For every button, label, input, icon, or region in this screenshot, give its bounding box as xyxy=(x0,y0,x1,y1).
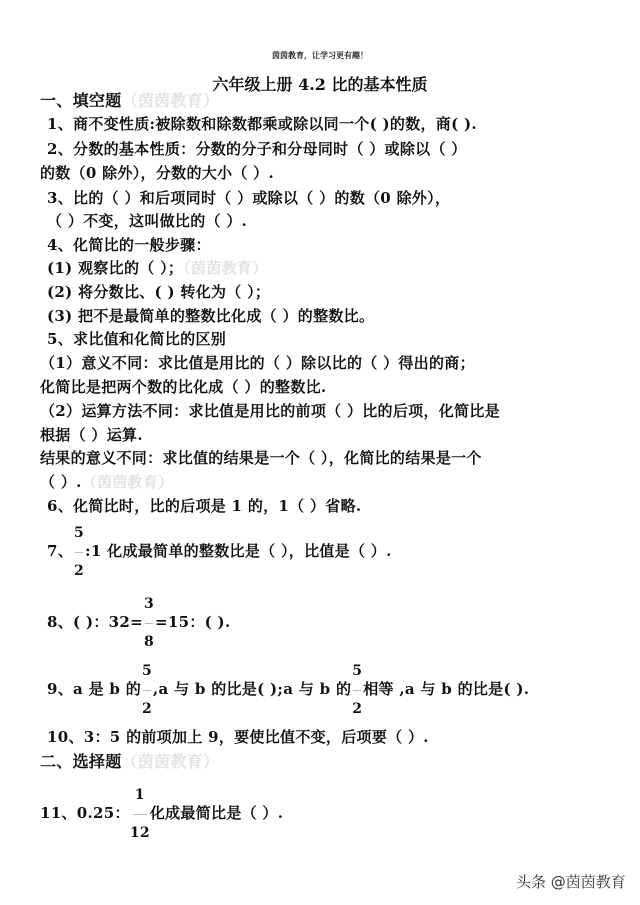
watermark-text: （茵茵教育） xyxy=(122,91,220,110)
fraction-bar xyxy=(143,690,151,691)
fraction-numerator: 3 xyxy=(143,595,155,613)
question-10: 10、3：5 的前项加上 9，要使比值不变，后项要（ ）. xyxy=(47,728,429,746)
watermark-text: （茵茵教育） xyxy=(183,259,267,277)
question-11: 11、0.25：112化成最简比是（ ）. xyxy=(40,804,283,823)
question-8-prefix: 8、( )：32= xyxy=(47,613,143,631)
question-5-part-3-line-2-text: （ ）. xyxy=(40,473,82,491)
question-11-suffix: 化成最简比是（ ）. xyxy=(150,804,283,822)
question-4-step-1: (1) 观察比的（ ）；（茵茵教育） xyxy=(47,259,268,277)
watermark-text: （茵茵教育） xyxy=(82,473,174,491)
question-5-part-3-line-1: 结果的意义不同：求比值的结果是一个（ ），化简比的结果是一个 xyxy=(40,449,482,467)
question-9-suffix: 相等 ,a 与 b 的比是( ). xyxy=(363,680,529,698)
fraction-denominator: 2 xyxy=(141,700,153,718)
section-choice: 二、选择题（茵茵教育） xyxy=(40,753,219,771)
fraction-numerator: 5 xyxy=(73,524,85,542)
fraction-5-over-2: 52 xyxy=(73,543,85,561)
fraction-5-over-2: 52 xyxy=(141,681,153,699)
section-fill-in-label: 一、填空题 xyxy=(40,91,122,110)
fraction-bar xyxy=(75,552,83,553)
question-5-part-2-line-1: （2）运算方法不同：求比值是用比的前项（ ）比的后项，化简比是 xyxy=(40,402,500,420)
section-choice-label: 二、选择题 xyxy=(40,752,122,771)
question-7-prefix: 7、 xyxy=(47,542,73,560)
question-8: 8、( )：32=38=15：( ). xyxy=(47,613,230,632)
fraction-1-over-12: 112 xyxy=(130,805,150,823)
question-2-line-1: 2、分数的基本性质：分数的分子和分母同时（ ）或除以（ ） xyxy=(47,140,467,158)
fraction-numerator: 5 xyxy=(351,662,363,680)
watermark-text: （茵茵教育） xyxy=(122,752,220,771)
question-11-prefix: 11、0.25： xyxy=(40,804,130,822)
fraction-numerator: 1 xyxy=(130,786,150,804)
question-9: 9、a 是 b 的52,a 与 b 的比是( );a 与 b 的52相等 ,a … xyxy=(47,680,529,699)
fraction-5-over-2: 52 xyxy=(351,681,363,699)
question-9-prefix: 9、a 是 b 的 xyxy=(47,680,141,698)
question-3-line-1: 3、比的（ ）和后项同时（ ）或除以（ ）的数（0 除外）， xyxy=(47,189,450,207)
question-5-part-2-line-2: 根据（ ）运算. xyxy=(40,426,143,444)
question-5-part-1-line-1: （1）意义不同：求比值是用比的（ ）除以比的（ ）得出的商； xyxy=(40,354,475,372)
question-8-suffix: =15：( ). xyxy=(155,613,230,631)
fraction-denominator: 2 xyxy=(351,700,363,718)
fraction-denominator: 2 xyxy=(73,562,85,580)
question-6: 6、化简比时，比的后项是 1 的，1（ ）省略. xyxy=(47,497,361,515)
question-4-step-3: (3) 把不是最简单的整数比化成（ ）的整数比。 xyxy=(47,307,374,325)
question-4: 4、化简比的一般步骤： xyxy=(47,236,211,254)
question-5: 5、求比值和化简比的区别 xyxy=(47,330,226,348)
question-7: 7、52:1 化成最简单的整数比是（ ），比值是（ ）. xyxy=(47,542,392,561)
source-credit: 头条 @茵茵教育 xyxy=(516,871,626,892)
tagline: 茵茵教育，让学习更有趣！ xyxy=(0,50,640,61)
fraction-bar xyxy=(145,623,153,624)
fraction-denominator: 8 xyxy=(143,633,155,651)
section-fill-in: 一、填空题（茵茵教育） xyxy=(40,92,219,110)
question-4-step-2: (2) 将分数比、( ) 转化为（ ）； xyxy=(47,283,270,301)
question-5-part-3-line-2: （ ）.（茵茵教育） xyxy=(40,473,173,491)
question-1: 1、商不变性质:被除数和除数都乘或除以同一个( )的数，商( ). xyxy=(47,115,477,133)
question-5-part-1-line-2: 化简比是把两个数的比化成（ ）的整数比. xyxy=(40,378,326,396)
question-3-line-2: （ ）不变，这叫做比的（ ）. xyxy=(47,212,247,230)
question-4-step-1-text: (1) 观察比的（ ）； xyxy=(47,259,183,277)
fraction-3-over-8: 38 xyxy=(143,614,155,632)
question-9-middle: ,a 与 b 的比是( );a 与 b 的 xyxy=(153,680,351,698)
question-2-line-2: 的数（0 除外），分数的大小（ ）. xyxy=(40,164,274,182)
fraction-bar xyxy=(353,690,361,691)
fraction-denominator: 12 xyxy=(130,824,150,842)
fraction-numerator: 5 xyxy=(141,662,153,680)
fraction-bar xyxy=(133,814,147,815)
question-7-suffix: :1 化成最简单的整数比是（ ），比值是（ ）. xyxy=(85,542,392,560)
